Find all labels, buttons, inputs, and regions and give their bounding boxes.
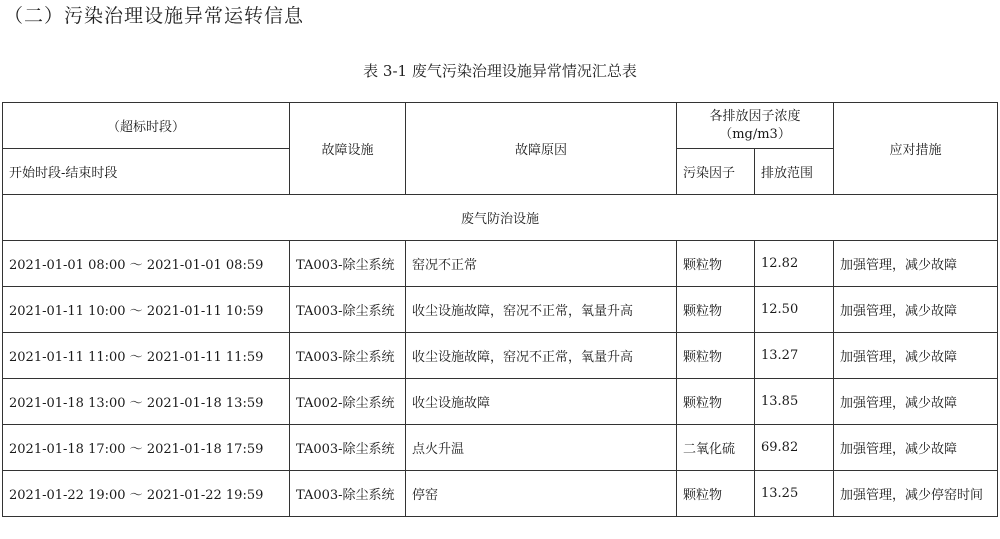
header-concentration-group: 各排放因子浓度 （mg/m3） xyxy=(677,103,834,149)
header-row-1: （超标时段） 故障设施 故障原因 各排放因子浓度 （mg/m3） 应对措施 xyxy=(3,103,998,149)
cell-period: 2021-01-18 13:00 ～ 2021-01-18 13:59 xyxy=(3,379,290,425)
cell-pollutant: 二氧化硫 xyxy=(677,425,755,471)
header-reason: 故障原因 xyxy=(406,103,677,195)
cell-pollutant: 颗粒物 xyxy=(677,471,755,517)
section-heading: （二）污染治理设施异常运转信息 xyxy=(4,2,304,30)
header-pollutant: 污染因子 xyxy=(677,149,755,195)
cell-pollutant: 颗粒物 xyxy=(677,333,755,379)
abnormal-operation-table: （超标时段） 故障设施 故障原因 各排放因子浓度 （mg/m3） 应对措施 开始… xyxy=(2,102,998,517)
table-row: 2021-01-22 19:00 ～ 2021-01-22 19:59 TA00… xyxy=(3,471,998,517)
table-row: 2021-01-01 08:00 ～ 2021-01-01 08:59 TA00… xyxy=(3,241,998,287)
cell-reason: 收尘设施故障，窑况不正常，氧量升高 xyxy=(406,333,677,379)
group-label: 废气防治设施 xyxy=(3,195,998,241)
cell-measure: 加强管理，减少故障 xyxy=(834,425,998,471)
cell-range: 12.50 xyxy=(755,287,834,333)
header-measure: 应对措施 xyxy=(834,103,998,195)
cell-facility: TA002-除尘系统 xyxy=(290,379,406,425)
cell-facility: TA003-除尘系统 xyxy=(290,333,406,379)
group-row: 废气防治设施 xyxy=(3,195,998,241)
header-period-sub: 开始时段-结束时段 xyxy=(3,149,290,195)
cell-measure: 加强管理，减少故障 xyxy=(834,241,998,287)
header-facility: 故障设施 xyxy=(290,103,406,195)
cell-reason: 窑况不正常 xyxy=(406,241,677,287)
table-row: 2021-01-11 10:00 ～ 2021-01-11 10:59 TA00… xyxy=(3,287,998,333)
cell-reason: 收尘设施故障 xyxy=(406,379,677,425)
table-row: 2021-01-18 17:00 ～ 2021-01-18 17:59 TA00… xyxy=(3,425,998,471)
cell-facility: TA003-除尘系统 xyxy=(290,471,406,517)
cell-pollutant: 颗粒物 xyxy=(677,241,755,287)
table-row: 2021-01-18 13:00 ～ 2021-01-18 13:59 TA00… xyxy=(3,379,998,425)
cell-measure: 加强管理，减少故障 xyxy=(834,379,998,425)
cell-period: 2021-01-11 10:00 ～ 2021-01-11 10:59 xyxy=(3,287,290,333)
cell-facility: TA003-除尘系统 xyxy=(290,425,406,471)
cell-reason: 收尘设施故障，窑况不正常，氧量升高 xyxy=(406,287,677,333)
cell-reason: 停窑 xyxy=(406,471,677,517)
cell-facility: TA003-除尘系统 xyxy=(290,287,406,333)
cell-measure: 加强管理，减少故障 xyxy=(834,333,998,379)
cell-measure: 加强管理，减少停窑时间 xyxy=(834,471,998,517)
table-row: 2021-01-11 11:00 ～ 2021-01-11 11:59 TA00… xyxy=(3,333,998,379)
header-range: 排放范围 xyxy=(755,149,834,195)
header-concentration-unit: （mg/m3） xyxy=(683,126,827,144)
cell-range: 13.85 xyxy=(755,379,834,425)
cell-facility: TA003-除尘系统 xyxy=(290,241,406,287)
cell-period: 2021-01-22 19:00 ～ 2021-01-22 19:59 xyxy=(3,471,290,517)
header-period-group: （超标时段） xyxy=(3,103,290,149)
cell-range: 13.25 xyxy=(755,471,834,517)
cell-period: 2021-01-18 17:00 ～ 2021-01-18 17:59 xyxy=(3,425,290,471)
table-caption: 表 3-1 废气污染治理设施异常情况汇总表 xyxy=(0,60,1000,82)
cell-period: 2021-01-01 08:00 ～ 2021-01-01 08:59 xyxy=(3,241,290,287)
cell-measure: 加强管理，减少故障 xyxy=(834,287,998,333)
cell-range: 12.82 xyxy=(755,241,834,287)
cell-reason: 点火升温 xyxy=(406,425,677,471)
cell-period: 2021-01-11 11:00 ～ 2021-01-11 11:59 xyxy=(3,333,290,379)
cell-pollutant: 颗粒物 xyxy=(677,287,755,333)
header-concentration-title: 各排放因子浓度 xyxy=(683,108,827,126)
cell-pollutant: 颗粒物 xyxy=(677,379,755,425)
cell-range: 13.27 xyxy=(755,333,834,379)
cell-range: 69.82 xyxy=(755,425,834,471)
